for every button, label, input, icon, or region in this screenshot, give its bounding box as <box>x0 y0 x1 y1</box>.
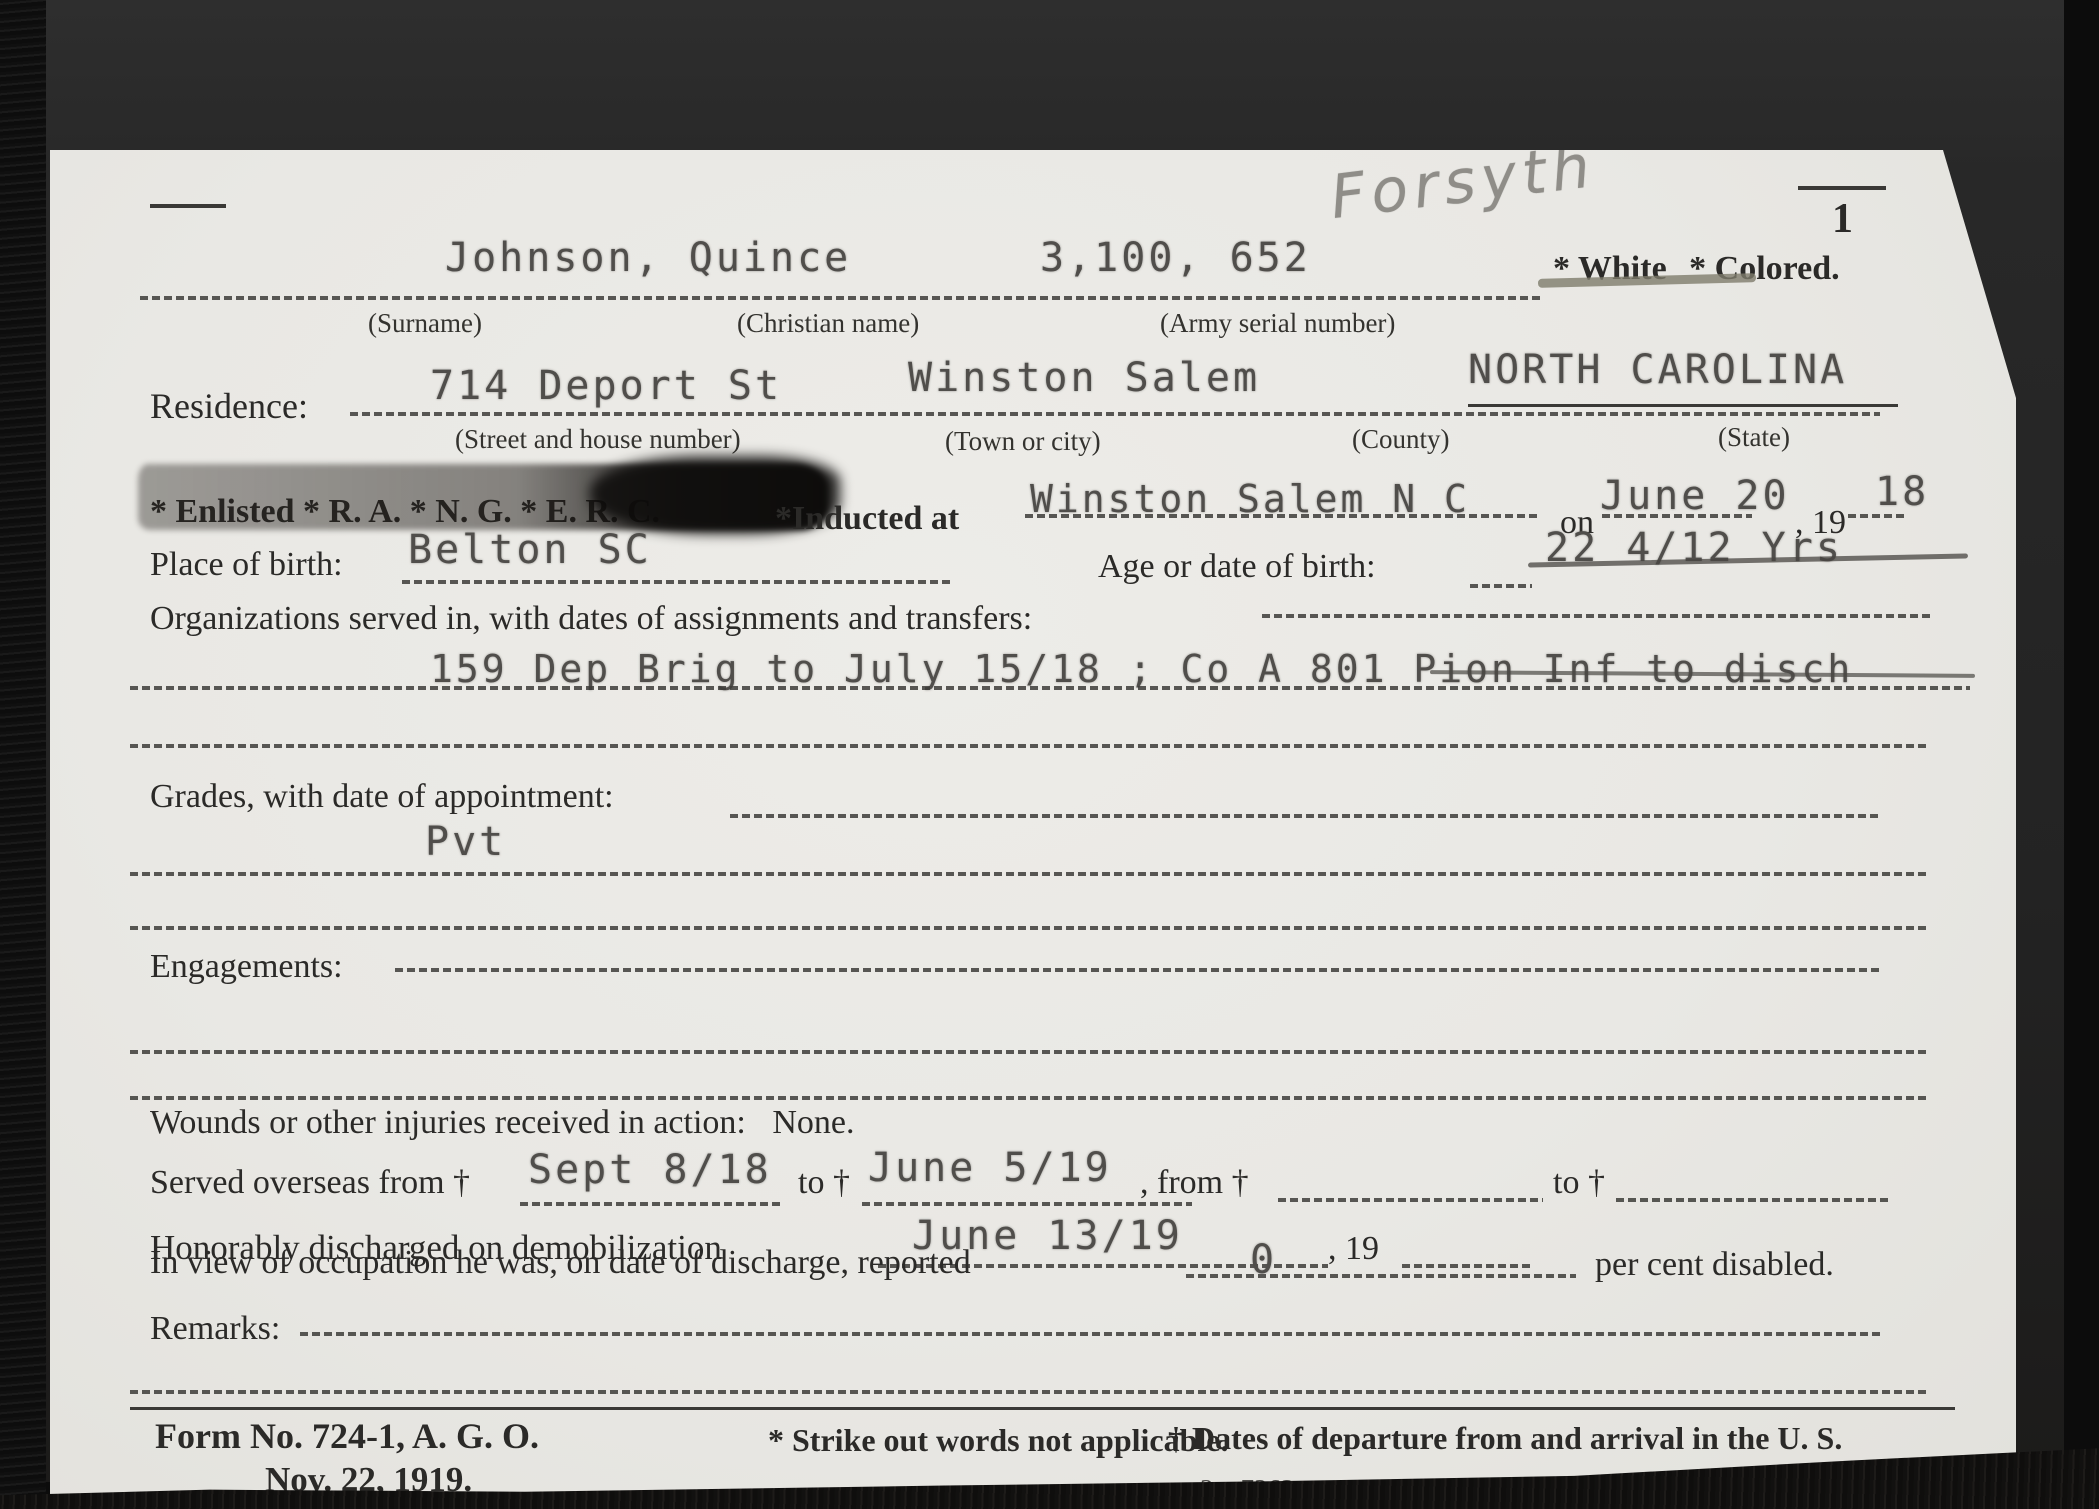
dotted-rule <box>1262 614 1930 618</box>
typed-grade-entry: Pvt <box>425 822 506 862</box>
typed-state: NORTH CAROLINA <box>1468 350 1847 390</box>
dotted-rule <box>402 580 952 584</box>
residence-label: Residence: <box>150 388 308 424</box>
typed-street: 714 Deport St <box>430 366 782 406</box>
service-record-card: Forsyth 1 Johnson, Quince 3,100, 652 * W… <box>50 150 2016 1499</box>
book-spine-edge <box>0 0 46 1509</box>
typed-induction-year: 18 <box>1875 472 1929 512</box>
corner-dash-mark <box>150 204 226 208</box>
dotted-rule <box>130 744 1930 748</box>
typed-serial: 3,100, 652 <box>1040 238 1311 278</box>
dotted-rule <box>520 1202 780 1206</box>
wounds-line: Wounds or other injuries received in act… <box>150 1106 855 1140</box>
typed-town: Winston Salem <box>908 358 1260 398</box>
disability-label: In view of occupation he was, on date of… <box>150 1246 971 1280</box>
overseas-from2-label: , from † <box>1140 1166 1249 1200</box>
footer-note-dates: † Dates of departure from and arrival in… <box>1168 1422 1842 1454</box>
organizations-label: Organizations served in, with dates of a… <box>150 602 1032 636</box>
serial-label: (Army serial number) <box>1160 310 1395 337</box>
age-label: Age or date of birth: <box>1098 550 1376 584</box>
discharge-year-prefix: , 19 <box>1328 1232 1379 1266</box>
page-number: 1 <box>1832 198 1853 240</box>
dotted-rule <box>130 1096 1930 1100</box>
typed-inducted-place: Winston Salem N C <box>1030 480 1470 518</box>
footer-form-number: Form No. 724-1, A. G. O. <box>155 1418 539 1454</box>
dotted-rule <box>730 814 1880 818</box>
typed-birth-place: Belton SC <box>408 530 652 570</box>
dotted-rule <box>130 926 1930 930</box>
disability-suffix-label: per cent disabled. <box>1595 1248 1834 1282</box>
dotted-rule <box>140 296 1540 300</box>
engagements-label: Engagements: <box>150 950 343 984</box>
remarks-label: Remarks: <box>150 1312 280 1346</box>
typed-name: Johnson, Quince <box>445 238 851 278</box>
footer-separator-line <box>130 1407 1955 1410</box>
wounds-label: Wounds or other injuries received in act… <box>150 1104 746 1141</box>
footer-note-strike: * Strike out words not applicable. <box>768 1424 1228 1456</box>
birth-place-label: Place of birth: <box>150 548 343 582</box>
town-label: (Town or city) <box>945 428 1101 455</box>
typed-induction-date: June 20 <box>1600 476 1790 516</box>
dotted-rule <box>1186 1274 1576 1278</box>
dotted-rule <box>1402 1264 1532 1268</box>
dotted-rule <box>130 1050 1930 1054</box>
typed-disability-value: 0 <box>1250 1240 1277 1280</box>
grades-label: Grades, with date of appointment: <box>150 780 614 814</box>
street-label: (Street and house number) <box>455 426 741 453</box>
dotted-rule <box>130 686 1970 690</box>
state-underline <box>1468 404 1898 407</box>
dotted-rule <box>1470 584 1532 588</box>
dotted-rule <box>1616 1198 1890 1202</box>
dotted-rule <box>1278 1198 1543 1202</box>
dotted-rule <box>862 1202 1192 1206</box>
wounds-value: None. <box>772 1104 854 1141</box>
scanned-service-record-page: Forsyth 1 Johnson, Quince 3,100, 652 * W… <box>0 0 2099 1509</box>
state-label: (State) <box>1718 424 1790 451</box>
dotted-rule <box>395 968 1880 972</box>
page-number-overline <box>1798 186 1886 190</box>
overseas-from-label: Served overseas from † <box>150 1166 470 1200</box>
typed-overseas-to: June 5/19 <box>868 1148 1112 1188</box>
christian-name-label: (Christian name) <box>737 310 919 337</box>
overseas-to2-label: to † <box>1553 1166 1605 1200</box>
dotted-rule <box>130 872 1930 876</box>
dotted-rule <box>300 1332 1880 1336</box>
overseas-to-label: to † <box>798 1166 850 1200</box>
inducted-label: *Inducted at <box>775 502 959 536</box>
county-label: (County) <box>1352 426 1450 453</box>
dotted-rule <box>130 1390 1930 1394</box>
typed-organizations-entry: 159 Dep Brig to July 15/18 ; Co A 801 Pi… <box>430 650 1853 688</box>
surname-label: (Surname) <box>368 310 482 337</box>
dotted-rule <box>350 412 1880 416</box>
typed-overseas-from: Sept 8/18 <box>528 1150 772 1190</box>
